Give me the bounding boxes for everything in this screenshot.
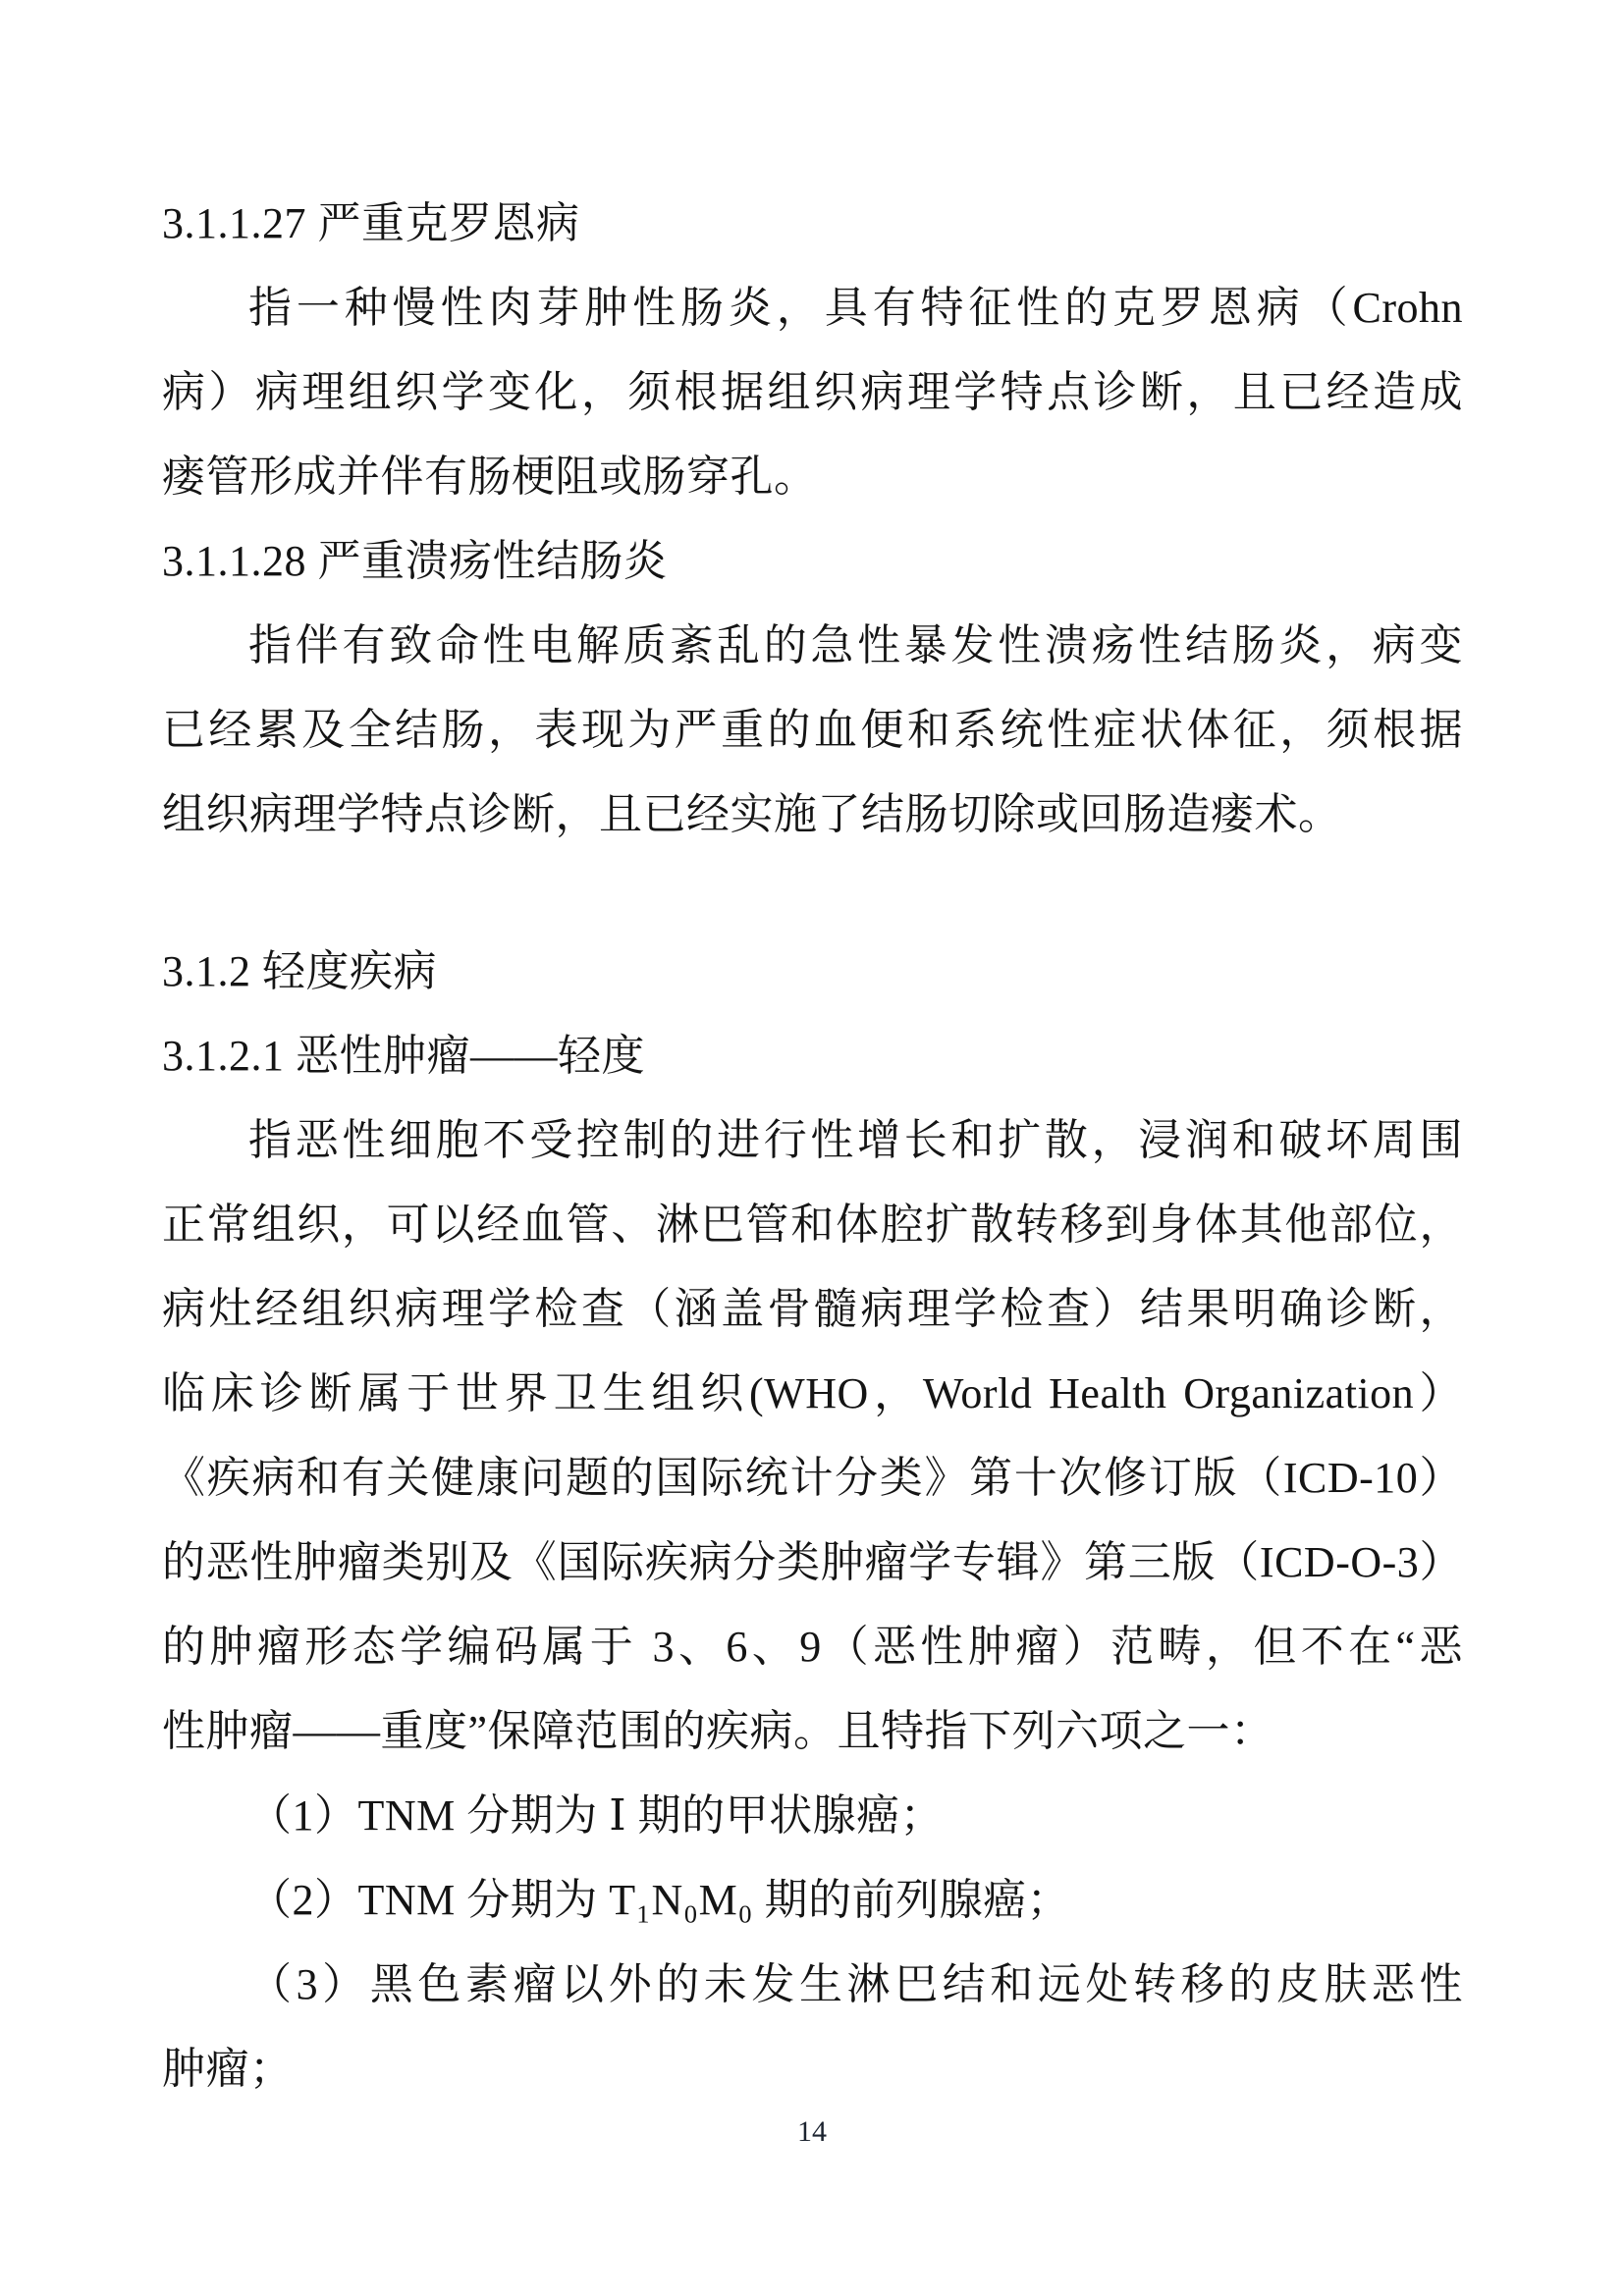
paragraph-line: 的恶性肿瘤类别及《国际疾病分类肿瘤学专辑》第三版（ICD-O-3） [162, 1521, 1463, 1605]
para-crohn: 指一种慢性肉芽肿性肠炎，具有特征性的克罗恩病（Crohn病）病理组织学变化，须根… [162, 266, 1463, 519]
section-3-1-1-27: 3.1.1.27 严重克罗恩病 [162, 182, 1463, 266]
section-gap [162, 857, 1463, 930]
paragraph-line: 病）病理组织学变化，须根据组织病理学特点诊断，且已经造成 [162, 350, 1463, 435]
paragraph-line: 性肿瘤——重度”保障范围的疾病。且特指下列六项之一： [162, 1689, 1463, 1774]
paragraph-line: 《疾病和有关健康问题的国际统计分类》第十次修订版（ICD-10） [162, 1436, 1463, 1521]
list-item-1: （1）TNM 分期为 Ⅰ 期的甲状腺癌； [162, 1774, 1463, 1858]
page-number: 14 [0, 2112, 1624, 2152]
paragraph-line: （2）TNM 分期为 T₁N₀M₀ 期的前列腺癌； [162, 1858, 1463, 1943]
paragraph-line: （1）TNM 分期为 Ⅰ 期的甲状腺癌； [162, 1774, 1463, 1858]
document-body: 3.1.1.27 严重克罗恩病指一种慢性肉芽肿性肠炎，具有特征性的克罗恩病（Cr… [162, 182, 1463, 2111]
section-heading-line: 3.1.2.1 恶性肿瘤——轻度 [162, 1014, 1463, 1098]
section-heading-line: 3.1.1.28 严重溃疡性结肠炎 [162, 519, 1463, 604]
para-malignant-tumor-mild: 指恶性细胞不受控制的进行性增长和扩散，浸润和破坏周围正常组织，可以经血管、淋巴管… [162, 1098, 1463, 1774]
paragraph-line: 指伴有致命性电解质紊乱的急性暴发性溃疡性结肠炎，病变 [162, 604, 1463, 688]
list-item-3: （3）黑色素瘤以外的未发生淋巴结和远处转移的皮肤恶性肿瘤； [162, 1943, 1463, 2111]
paragraph-line: 指一种慢性肉芽肿性肠炎，具有特征性的克罗恩病（Crohn [162, 266, 1463, 350]
section-3-1-2: 3.1.2 轻度疾病 [162, 930, 1463, 1014]
paragraph-line: 正常组织，可以经血管、淋巴管和体腔扩散转移到身体其他部位， [162, 1183, 1463, 1267]
section-3-1-2-1: 3.1.2.1 恶性肿瘤——轻度 [162, 1014, 1463, 1098]
document-page: 3.1.1.27 严重克罗恩病指一种慢性肉芽肿性肠炎，具有特征性的克罗恩病（Cr… [0, 0, 1624, 2296]
paragraph-line: 瘘管形成并伴有肠梗阻或肠穿孔。 [162, 435, 1463, 519]
section-3-1-1-28: 3.1.1.28 严重溃疡性结肠炎 [162, 519, 1463, 604]
paragraph-line: 肿瘤； [162, 2027, 1463, 2111]
paragraph-line: （3）黑色素瘤以外的未发生淋巴结和远处转移的皮肤恶性 [162, 1943, 1463, 2027]
paragraph-line: 病灶经组织病理学检查（涵盖骨髓病理学检查）结果明确诊断， [162, 1267, 1463, 1352]
paragraph-line: 临床诊断属于世界卫生组织(WHO，World Health Organizati… [162, 1352, 1463, 1436]
paragraph-line: 已经累及全结肠，表现为严重的血便和系统性症状体征，须根据 [162, 688, 1463, 773]
section-heading-line: 3.1.1.27 严重克罗恩病 [162, 182, 1463, 266]
paragraph-line: 的肿瘤形态学编码属于 3、6、9（恶性肿瘤）范畴，但不在“恶 [162, 1605, 1463, 1689]
para-ulcerative-colitis: 指伴有致命性电解质紊乱的急性暴发性溃疡性结肠炎，病变已经累及全结肠，表现为严重的… [162, 604, 1463, 857]
section-heading-line: 3.1.2 轻度疾病 [162, 930, 1463, 1014]
paragraph-line: 指恶性细胞不受控制的进行性增长和扩散，浸润和破坏周围 [162, 1098, 1463, 1183]
list-item-2: （2）TNM 分期为 T₁N₀M₀ 期的前列腺癌； [162, 1858, 1463, 1943]
paragraph-line: 组织病理学特点诊断，且已经实施了结肠切除或回肠造瘘术。 [162, 773, 1463, 857]
